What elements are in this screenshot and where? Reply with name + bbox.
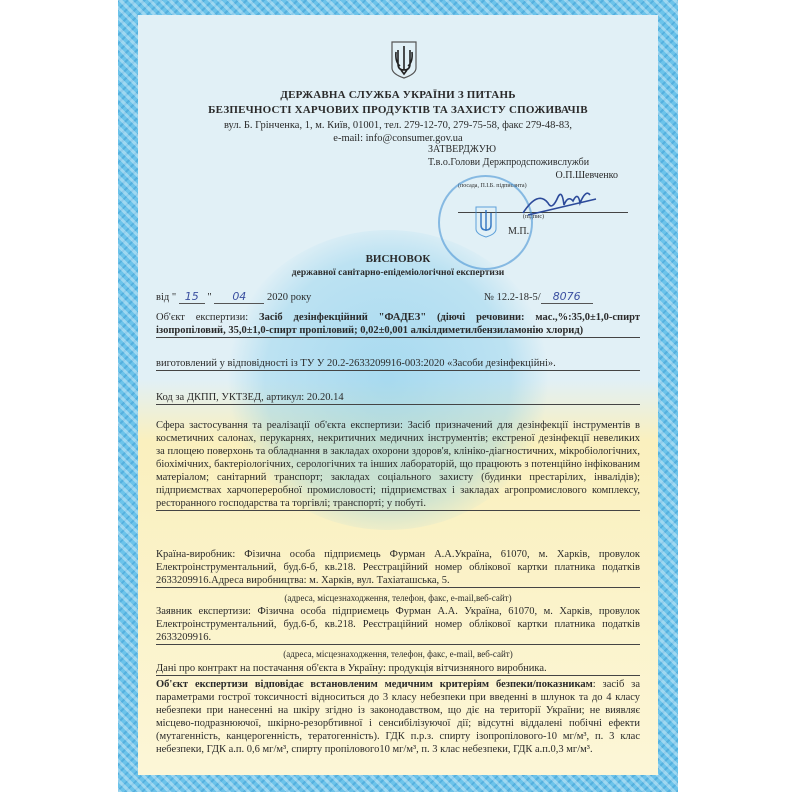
stamp-trident-icon — [474, 205, 498, 239]
object-of-expertise: Об'єкт експертизи: Засіб дезінфекційний … — [156, 311, 640, 338]
manufacturer-label: Країна-виробник: — [156, 549, 235, 560]
org-name-line1: ДЕРЖАВНА СЛУЖБА УКРАЇНИ З ПИТАНЬ — [138, 89, 658, 102]
manufacturer-country: Країна-виробник: Фізична особа підприєме… — [156, 548, 640, 588]
product-code: Код за ДКПП, УКТЗЕД, артикул: 20.20.14 — [156, 391, 640, 405]
trident-emblem-icon — [390, 40, 418, 80]
document-content: ДЕРЖАВНА СЛУЖБА УКРАЇНИ З ПИТАНЬ БЕЗПЕЧН… — [138, 15, 658, 775]
scope-label: Сфера застосування та реалізації об'єкта… — [156, 420, 403, 431]
date-day: 15 — [179, 290, 205, 304]
conclusion: Об'єкт експертизи відповідає встановлени… — [156, 678, 640, 756]
document-title: ВИСНОВОК — [138, 253, 658, 266]
document-number: 8076 — [541, 290, 593, 304]
org-address: вул. Б. Грінченка, 1, м. Київ, 01001, те… — [138, 119, 658, 132]
signature — [518, 185, 598, 220]
date-number-row: від " 15 " 04 2020 року № 12.2-18-5/8076 — [156, 290, 640, 304]
approval-position: Т.в.о.Голови Держпродспоживслужби — [428, 156, 658, 169]
certificate-sheet: ДЕРЖАВНА СЛУЖБА УКРАЇНИ З ПИТАНЬ БЕЗПЕЧН… — [118, 0, 678, 792]
object-label: Об'єкт експертизи: — [156, 312, 248, 323]
applicant: Заявник експертизи: Фізична особа підпри… — [156, 605, 640, 645]
applicant-caption: (адреса, місцезнаходження, телефон, факс… — [138, 648, 658, 661]
contract-info: Дані про контракт на постачання об'єкта … — [156, 662, 640, 676]
org-name-line2: БЕЗПЕЧНОСТІ ХАРЧОВИХ ПРОДУКТІВ ТА ЗАХИСТ… — [138, 104, 658, 117]
scope-value: Засіб призначений для дезінфекції інстру… — [156, 420, 640, 509]
scope-of-use: Сфера застосування та реалізації об'єкта… — [156, 419, 640, 511]
date-prefix: від — [156, 292, 169, 303]
number-prefix: № 12.2-18-5/ — [484, 292, 541, 303]
manufacturer-caption: (адреса, місцезнаходження, телефон, факс… — [138, 592, 658, 605]
applicant-label: Заявник експертизи: — [156, 606, 251, 617]
date-year: 2020 року — [267, 292, 311, 303]
manufactured-per: виготовлений у відповідності із ТУ У 20.… — [156, 357, 640, 371]
conclusion-text: : засіб за параметрами гострої токсичнос… — [156, 679, 640, 755]
conclusion-heading: Об'єкт експертизи відповідає встановлени… — [156, 679, 593, 690]
approval-label: ЗАТВЕРДЖУЮ — [428, 143, 658, 156]
date-month: 04 — [214, 290, 264, 304]
document-subtitle: державної санітарно-епідеміологічної екс… — [138, 267, 658, 280]
